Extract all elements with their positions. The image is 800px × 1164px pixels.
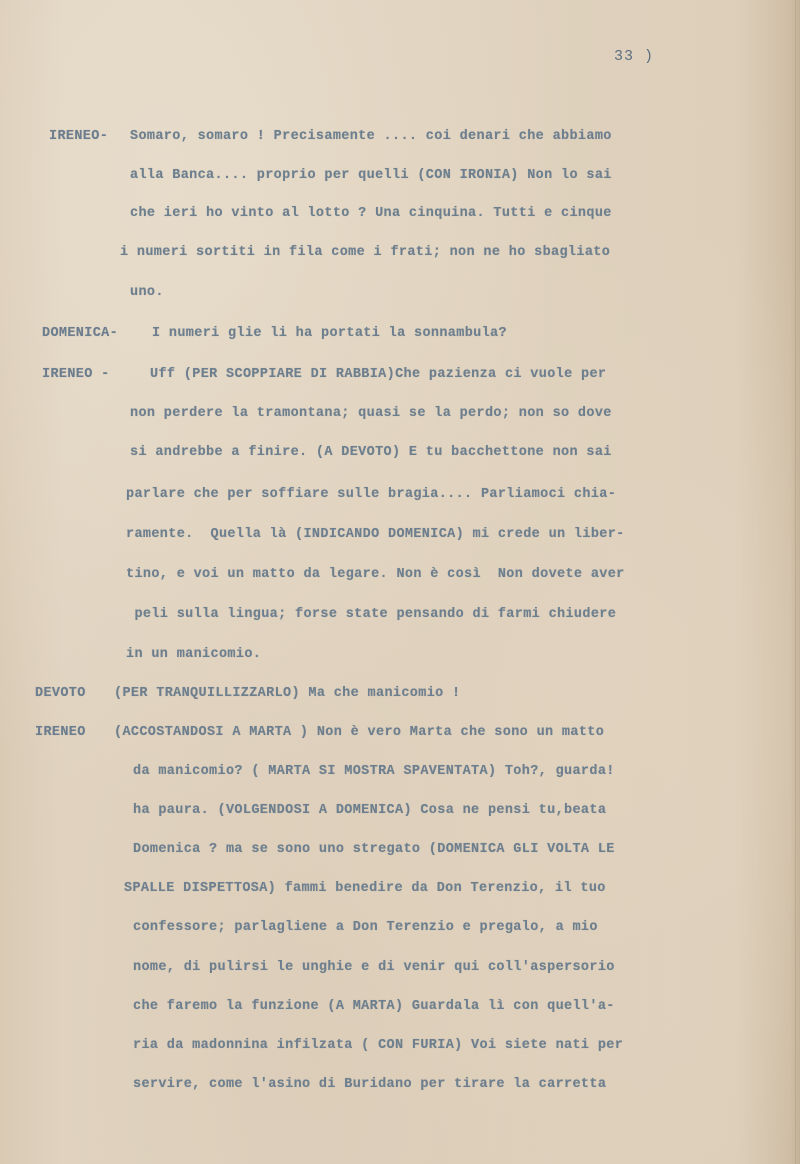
dialogue-line: alla Banca.... proprio per quelli (CON I… xyxy=(130,168,612,183)
speaker-label: DEVOTO xyxy=(35,686,86,701)
speaker-label: IRENEO - xyxy=(42,367,110,382)
speaker-label: DOMENICA- xyxy=(42,326,118,341)
typewritten-page: 33 ) IRENEO- Somaro, somaro ! Precisamen… xyxy=(0,0,800,1164)
dialogue-line: ha paura. (VOLGENDOSI A DOMENICA) Cosa n… xyxy=(133,803,606,818)
dialogue-line: si andrebbe a finire. (A DEVOTO) E tu ba… xyxy=(130,445,612,460)
dialogue-line: peli sulla lingua; forse state pensando … xyxy=(126,607,616,622)
speaker-label: IRENEO- xyxy=(49,129,108,144)
dialogue-line: Domenica ? ma se sono uno stregato (DOME… xyxy=(133,842,615,857)
dialogue-line: parlare che per soffiare sulle bragia...… xyxy=(126,487,616,502)
dialogue-line: Uff (PER SCOPPIARE DI RABBIA)Che pazienz… xyxy=(150,367,606,382)
dialogue-line: tino, e voi un matto da legare. Non è co… xyxy=(126,567,625,582)
dialogue-line: SPALLE DISPETTOSA) fammi benedire da Don… xyxy=(124,881,606,896)
dialogue-line: nome, di pulirsi le unghie e di venir qu… xyxy=(133,960,615,975)
dialogue-line: confessore; parlagliene a Don Terenzio e… xyxy=(133,920,598,935)
dialogue-line: uno. xyxy=(130,285,164,300)
dialogue-line: (ACCOSTANDOSI A MARTA ) Non è vero Marta… xyxy=(114,725,604,740)
dialogue-line: I numeri glie li ha portati la sonnambul… xyxy=(152,326,507,341)
dialogue-line: in un manicomio. xyxy=(126,647,261,662)
dialogue-line: ria da madonnina infilzata ( CON FURIA) … xyxy=(133,1038,623,1053)
dialogue-line: che ieri ho vinto al lotto ? Una cinquin… xyxy=(130,206,612,221)
dialogue-line: i numeri sortiti in fila come i frati; n… xyxy=(120,245,610,260)
dialogue-line: da manicomio? ( MARTA SI MOSTRA SPAVENTA… xyxy=(133,764,615,779)
page-number: 33 ) xyxy=(614,48,654,65)
speaker-label: IRENEO xyxy=(35,725,86,740)
dialogue-line: Somaro, somaro ! Precisamente .... coi d… xyxy=(130,129,612,144)
dialogue-line: (PER TRANQUILLIZZARLO) Ma che manicomio … xyxy=(114,686,461,701)
dialogue-line: servire, come l'asino di Buridano per ti… xyxy=(133,1077,606,1092)
paper-edge-line xyxy=(795,0,796,1164)
dialogue-line: ramente. Quella là (INDICANDO DOMENICA) … xyxy=(126,527,625,542)
dialogue-line: che faremo la funzione (A MARTA) Guardal… xyxy=(133,999,615,1014)
dialogue-line: non perdere la tramontana; quasi se la p… xyxy=(130,406,612,421)
